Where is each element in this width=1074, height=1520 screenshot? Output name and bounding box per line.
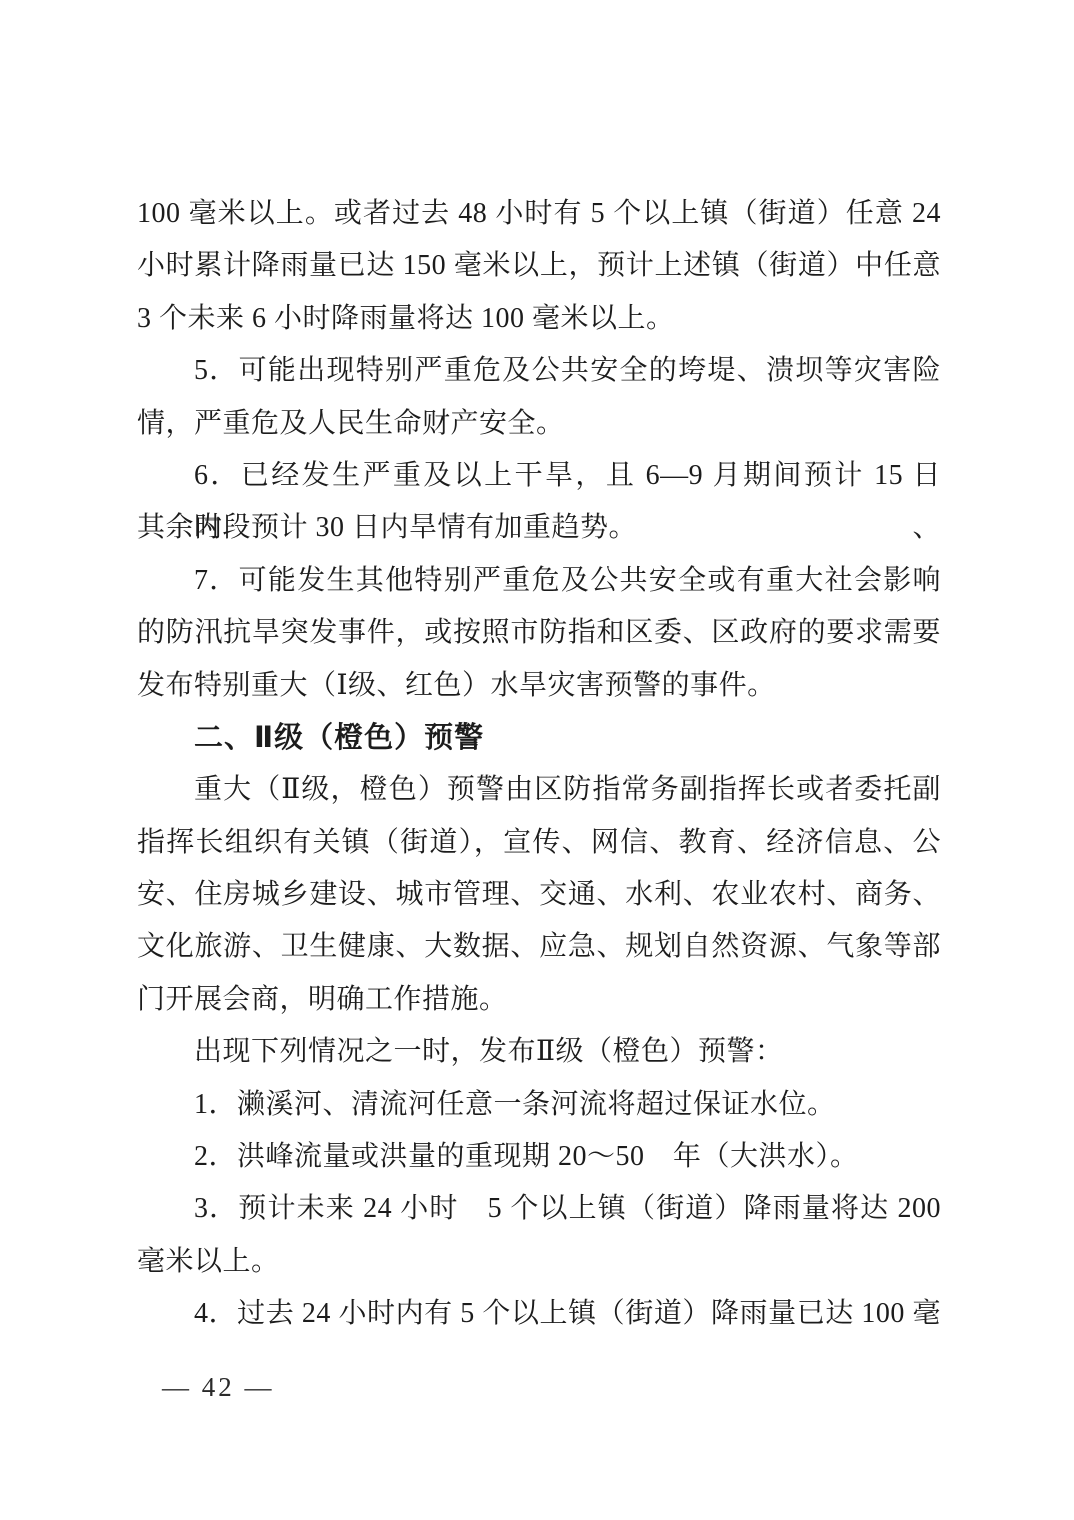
text-line: 指挥长组织有关镇（街道），宣传、网信、教育、经济信息、公 xyxy=(137,817,941,869)
text-line: 2．洪峰流量或洪量的重现期 20～50 年（大洪水）。 xyxy=(137,1131,941,1183)
section-heading: 二、Ⅱ级（橙色）预警 xyxy=(137,712,941,764)
page-number: — 42 — xyxy=(162,1366,275,1408)
text-line: 门开展会商，明确工作措施。 xyxy=(137,974,941,1026)
text-line: 毫米以上。 xyxy=(137,1236,941,1288)
text-line: 情，严重危及人民生命财产安全。 xyxy=(137,398,941,450)
text-line: 安、住房城乡建设、城市管理、交通、水利、农业农村、商务、 xyxy=(137,869,941,921)
text-line: 发布特别重大（Ⅰ级、红色）水旱灾害预警的事件。 xyxy=(137,660,941,712)
text-line: 出现下列情况之一时，发布Ⅱ级（橙色）预警： xyxy=(137,1026,941,1078)
document-body: 100 毫米以上。或者过去 48 小时有 5 个以上镇（街道）任意 24 小时累… xyxy=(137,188,941,1341)
text-line: 6．已经发生严重及以上干旱，且 6—9 月期间预计 15 日内、 xyxy=(137,450,941,502)
text-line: 100 毫米以上。或者过去 48 小时有 5 个以上镇（街道）任意 24 xyxy=(137,188,941,240)
text-line: 4．过去 24 小时内有 5 个以上镇（街道）降雨量已达 100 毫 xyxy=(137,1288,941,1340)
text-line: 的防汛抗旱突发事件，或按照市防指和区委、区政府的要求需要 xyxy=(137,607,941,659)
text-line: 7．可能发生其他特别严重危及公共安全或有重大社会影响 xyxy=(137,555,941,607)
text-line: 3．预计未来 24 小时 5 个以上镇（街道）降雨量将达 200 xyxy=(137,1183,941,1235)
text-line: 3 个未来 6 小时降雨量将达 100 毫米以上。 xyxy=(137,293,941,345)
text-line: 文化旅游、卫生健康、大数据、应急、规划自然资源、气象等部 xyxy=(137,921,941,973)
text-line: 5．可能出现特别严重危及公共安全的垮堤、溃坝等灾害险 xyxy=(137,345,941,397)
text-line: 小时累计降雨量已达 150 毫米以上，预计上述镇（街道）中任意 xyxy=(137,240,941,292)
text-line: 1．濑溪河、清流河任意一条河流将超过保证水位。 xyxy=(137,1079,941,1131)
document-page: 100 毫米以上。或者过去 48 小时有 5 个以上镇（街道）任意 24 小时累… xyxy=(0,0,1074,1520)
text-line: 重大（Ⅱ级，橙色）预警由区防指常务副指挥长或者委托副 xyxy=(137,764,941,816)
